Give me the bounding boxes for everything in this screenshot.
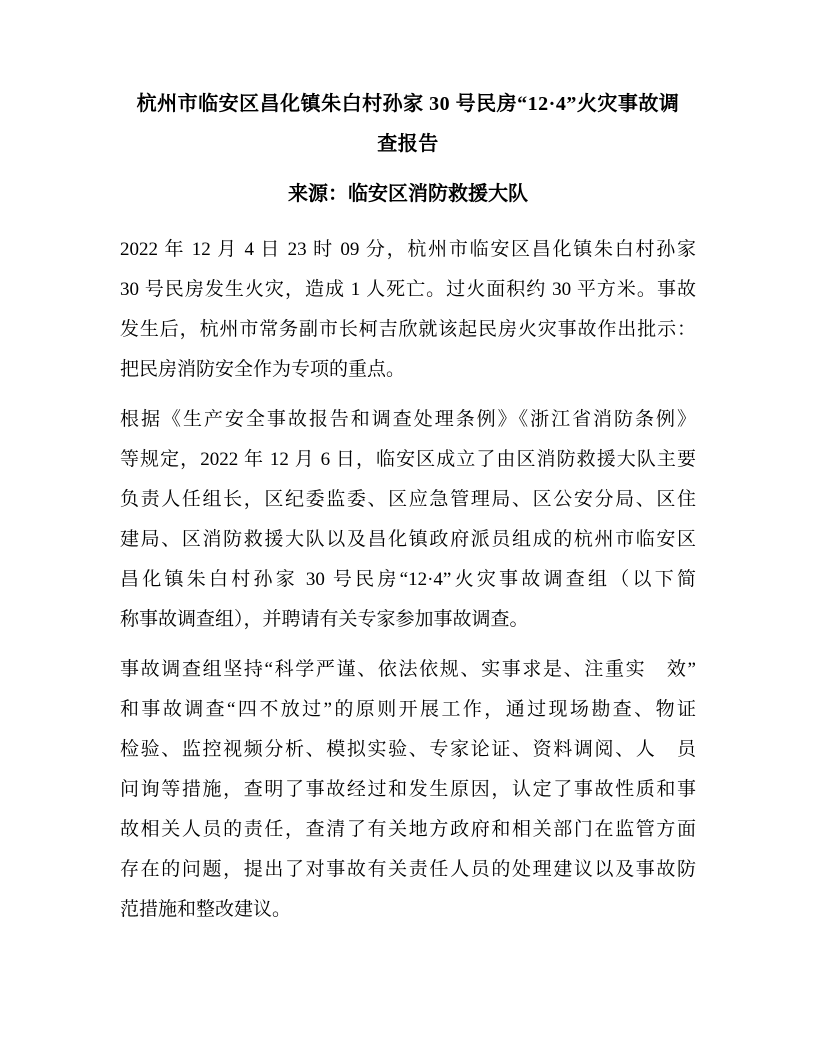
paragraph-1: 2022 年 12 月 4 日 23 时 09 分，杭州市临安区昌化镇朱白村孙家…: [120, 230, 696, 390]
document-body: 2022 年 12 月 4 日 23 时 09 分，杭州市临安区昌化镇朱白村孙家…: [120, 230, 696, 930]
text-line: 等规定，2022 年 12 月 6 日，临安区成立了由区消防救援大队主要: [120, 440, 696, 480]
text-line: 故相关人员的责任，查清了有关地方政府和相关部门在监管方面: [120, 810, 696, 850]
text-line: 30 号民房发生火灾，造成 1 人死亡。过火面积约 30 平方米。事故: [120, 270, 696, 310]
text-line: 昌化镇朱白村孙家 30 号民房“12·4”火灾事故调查组（以下简: [120, 560, 696, 600]
paragraph-3: 事故调查组坚持“科学严谨、依法依规、实事求是、注重实 效” 和事故调查“四不放过…: [120, 650, 696, 930]
text-line: 称事故调查组），并聘请有关专家参加事故调查。: [120, 600, 696, 640]
document-title: 杭州市临安区昌化镇朱白村孙家 30 号民房“12·4”火灾事故调 查报告: [120, 84, 696, 164]
text-line: 发生后，杭州市常务副市长柯吉欣就该起民房火灾事故作出批示：: [120, 310, 696, 350]
text-line: 问询等措施，查明了事故经过和发生原因，认定了事故性质和事: [120, 770, 696, 810]
text-line: 事故调查组坚持“科学严谨、依法依规、实事求是、注重实 效”: [120, 650, 696, 690]
document-page: 杭州市临安区昌化镇朱白村孙家 30 号民房“12·4”火灾事故调 查报告 来源：…: [0, 0, 816, 1056]
source-line: 来源：临安区消防救援大队: [120, 174, 696, 214]
text-line: 把民房消防安全作为专项的重点。: [120, 350, 696, 390]
text-line: 根据《生产安全事故报告和调查处理条例》《浙江省消防条例》: [120, 400, 696, 440]
text-line: 负责人任组长，区纪委监委、区应急管理局、区公安分局、区住: [120, 480, 696, 520]
document-title-line-1: 杭州市临安区昌化镇朱白村孙家 30 号民房“12·4”火灾事故调: [120, 84, 696, 124]
document-title-line-2: 查报告: [120, 124, 696, 164]
text-line: 建局、区消防救援大队以及昌化镇政府派员组成的杭州市临安区: [120, 520, 696, 560]
text-line: 和事故调查“四不放过”的原则开展工作，通过现场勘查、物证: [120, 690, 696, 730]
text-line: 范措施和整改建议。: [120, 890, 696, 930]
text-line: 检验、监控视频分析、模拟实验、专家论证、资料调阅、人 员: [120, 730, 696, 770]
text-line: 存在的问题，提出了对事故有关责任人员的处理建议以及事故防: [120, 850, 696, 890]
paragraph-2: 根据《生产安全事故报告和调查处理条例》《浙江省消防条例》 等规定，2022 年 …: [120, 400, 696, 640]
text-line: 2022 年 12 月 4 日 23 时 09 分，杭州市临安区昌化镇朱白村孙家: [120, 230, 696, 270]
